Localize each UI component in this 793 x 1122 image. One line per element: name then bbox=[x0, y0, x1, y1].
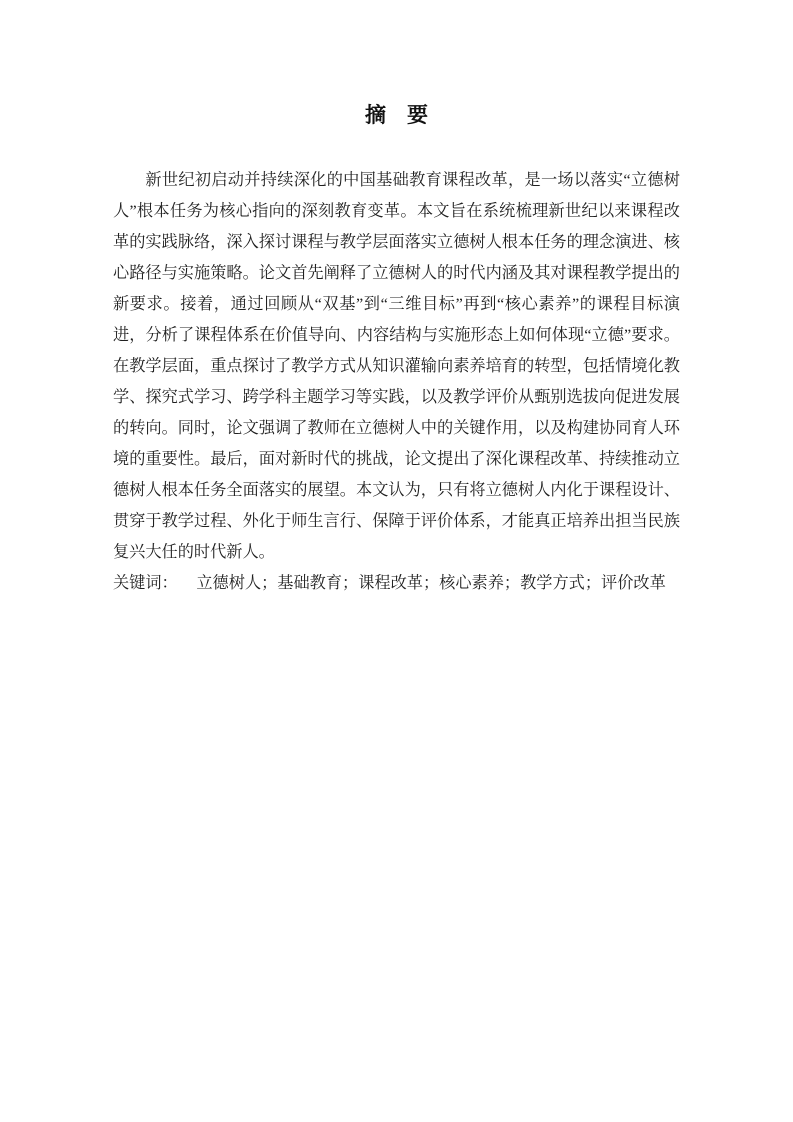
abstract-paragraph: 新世纪初启动并持续深化的中国基础教育课程改革，是一场以落实“立德树人”根本任务为… bbox=[113, 165, 680, 568]
page-title: 摘 要 bbox=[113, 100, 680, 131]
document-page: 摘 要 新世纪初启动并持续深化的中国基础教育课程改革，是一场以落实“立德树人”根… bbox=[0, 0, 793, 1122]
keywords-text: 立德树人；基础教育；课程改革；核心素养；教学方式；评价改革 bbox=[196, 574, 665, 592]
keywords-line: 关键词：立德树人；基础教育；课程改革；核心素养；教学方式；评价改革 bbox=[113, 568, 680, 599]
keywords-label: 关键词： bbox=[113, 574, 178, 592]
